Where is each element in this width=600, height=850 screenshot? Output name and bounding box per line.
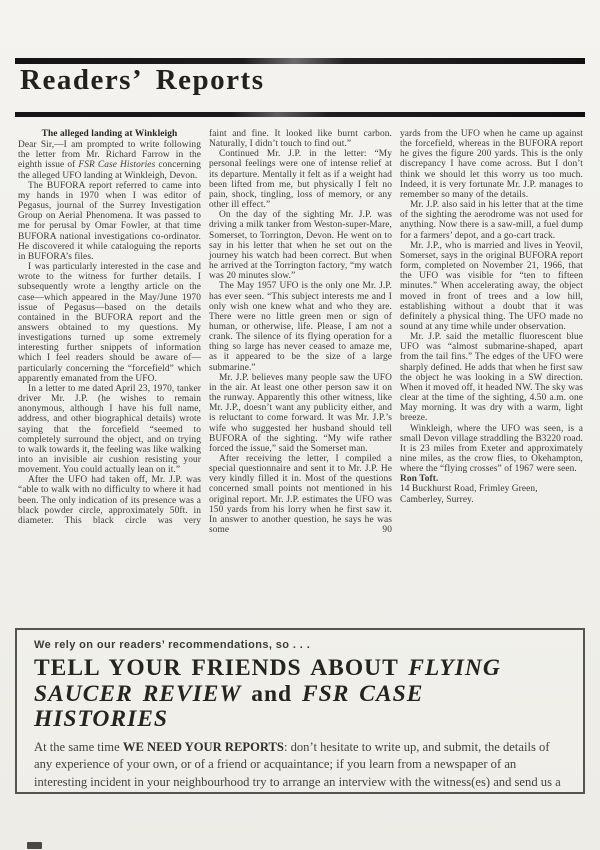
paragraph: faint and fine. It looked like burnt car… (209, 129, 392, 149)
promo-tagline: We rely on our readers’ recommendations,… (34, 639, 567, 651)
signature-name: Ron Toft. (400, 474, 583, 484)
paragraph: I was particularly interested in the cas… (18, 262, 201, 384)
paragraph: Continued Mr. J.P. in the letter: “My pe… (209, 149, 392, 210)
paragraph: yards from the UFO when he came up again… (400, 129, 583, 200)
headline-text: and (241, 681, 302, 707)
column-1: The alleged landing at Winkleigh Dear Si… (18, 129, 201, 535)
paragraph: After receiving the letter, I compiled a… (209, 454, 392, 535)
page-title: Readers’ Reports (20, 64, 264, 97)
paragraph: Mr. J.P. said the metallic fluorescent b… (400, 332, 583, 423)
promo-headline: TELL YOUR FRIENDS ABOUT FLYING SAUCER RE… (34, 656, 567, 733)
article-columns: The alleged landing at Winkleigh Dear Si… (18, 129, 583, 535)
scan-artifact (27, 842, 42, 849)
promo-body-emphasis: WE NEED YOUR REPORTS (123, 740, 284, 754)
masthead-underline-rule (15, 112, 585, 117)
paragraph: In a letter to me dated April 23, 1970, … (18, 384, 201, 475)
paragraph: The BUFORA report referred to came into … (18, 181, 201, 262)
promo-box: We rely on our readers’ recommendations,… (15, 628, 585, 794)
promo-body: At the same time WE NEED YOUR REPORTS: d… (34, 739, 567, 795)
article-heading: The alleged landing at Winkleigh (18, 129, 201, 139)
paragraph: Mr. J.P. also said in his letter that at… (400, 200, 583, 241)
paragraph: After the UFO had taken off, Mr. J.P. wa… (18, 475, 201, 526)
column-2: faint and fine. It looked like burnt car… (209, 129, 392, 535)
paragraph: The May 1957 UFO is the only one Mr. J.P… (209, 281, 392, 372)
publication-name: FSR Case Histories (78, 160, 155, 170)
paragraph: Mr. J.P., who is married and lives in Ye… (400, 241, 583, 332)
signature-address: 14 Buckhurst Road, Frimley Green, Camber… (400, 484, 583, 504)
paragraph: Dear Sir,—I am prompted to write followi… (18, 140, 201, 181)
paragraph: Mr. J.P. believes many people saw the UF… (209, 373, 392, 454)
column-3: yards from the UFO when he came up again… (400, 129, 583, 535)
promo-body-text: At the same time (34, 740, 123, 754)
paragraph: On the day of the sighting Mr. J.P. was … (209, 210, 392, 281)
paragraph: Winkleigh, where the UFO was seen, is a … (400, 424, 583, 475)
headline-text: TELL YOUR FRIENDS ABOUT (34, 655, 408, 681)
magazine-page: Readers’ Reports The alleged landing at … (0, 0, 600, 850)
